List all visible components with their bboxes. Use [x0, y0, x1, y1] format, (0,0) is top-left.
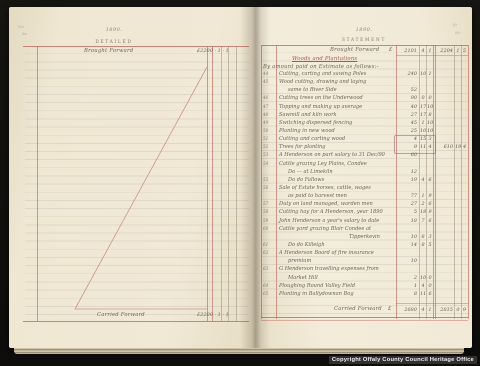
right-bottom-rule-2 [261, 320, 468, 321]
entry-text: Do do Fallows [288, 177, 324, 183]
ledger-entry: 44Cutting, carting and sawing Poles24010… [254, 71, 472, 79]
entry-number: 58 [263, 209, 275, 214]
entry-number: 44 [263, 71, 275, 76]
entry-text: Cutting, carting and sawing Poles [279, 71, 366, 77]
entry-number: 57 [263, 201, 275, 206]
totals-rule [396, 303, 468, 304]
left-brought-forward-amount: £2200 · 1 · 1 [197, 48, 229, 54]
entry-number: 45 [263, 79, 275, 84]
amount1-pence: 8 [427, 112, 433, 118]
entry-text: Wood cutting, drawing and laying [279, 79, 366, 85]
bf-col1-pence: 1 [427, 48, 433, 54]
cf-col2-pounds: 2815 [435, 307, 453, 313]
amount1-pounds: 5 [396, 209, 417, 215]
page-edge-stack [14, 348, 464, 354]
cf-col1-pence: 1 [427, 307, 433, 313]
ledger-entry: 61Do do Killeigh1485 [254, 242, 472, 250]
cf-col2-shillings: 0 [455, 307, 461, 313]
entry-text: Cutting and carting wood [279, 136, 345, 142]
entry-text: Cattle yard grazing Blair Condee at [279, 226, 371, 232]
amount1-pounds: 25 [396, 128, 417, 134]
amount1-pounds: 14 [396, 242, 417, 248]
watermark: Copyright Offaly County Council Heritage… [329, 356, 477, 364]
amount1-pounds: 8 [396, 291, 417, 297]
cf-col1-pounds: 2680 [397, 307, 417, 313]
section-heading: Woods and Plantations [292, 56, 357, 62]
void-triangle-mark [9, 7, 254, 348]
entry-number: 47 [263, 104, 275, 109]
bf-col2-pounds: 2204 [435, 48, 453, 54]
ledger-entry: 56Sale of Estate horses, cattle, wages [254, 185, 472, 193]
ledger-entry: 46Cutting trees on the Underwood9000 [254, 95, 472, 103]
entry-text: Trees for planting [279, 144, 326, 150]
cf-col2-pence: 9 [462, 307, 467, 313]
amount1-pounds: 40 [396, 104, 417, 110]
bf-col2-pence: 5 [462, 48, 467, 54]
ledger-entry: 48Sawmill and kiln work27178 [254, 112, 472, 120]
amount1-pounds: 19 [396, 177, 417, 183]
cf-col1-shillings: 4 [420, 307, 426, 313]
left-page-detailed: No 8a 1890. DETAILED Brought Forward £22… [9, 7, 254, 348]
entry-number: 60 [263, 226, 275, 231]
amount1-shillings: 7 [420, 218, 426, 224]
left-brought-forward-label: Brought Forward [84, 48, 133, 54]
ledger-entry: as paid to harvest men7719 [254, 193, 472, 201]
right-page-statement: fo 80 1890. STATEMENT Brought Forward £ … [254, 7, 472, 348]
bf-label: Brought Forward [330, 47, 379, 53]
ledger-entry: 51Cutting and carting wood4153 [254, 136, 472, 144]
ledger-entry: 58Cutting hay for A Henderson, year 1890… [254, 209, 472, 217]
ledger-entry: 64Ploughing Round Valley Field140 [254, 283, 472, 291]
amount1-pounds: 90 [396, 95, 417, 101]
ledger-entry: 57Duty on land managed, warden men2726 [254, 201, 472, 209]
entry-text: Do do Killeigh [288, 242, 325, 248]
intro-line: By amount paid on Estimate as follows:- [263, 64, 379, 70]
left-carried-forward-label: Carried Forward [97, 312, 145, 318]
entry-number: 63 [263, 266, 275, 271]
amount1-shillings: 4 [420, 177, 426, 183]
ledger-entry: Do — at Limekiln12 [254, 169, 472, 177]
amount1-shillings: 11 [420, 291, 426, 297]
amount1-pence: 6 [427, 177, 433, 183]
amount1-shillings: 10 [420, 128, 426, 134]
amount1-pence: 1 [427, 71, 433, 77]
ledger-entry: 65Planting in Ballydownan Bog8116 [254, 291, 472, 299]
amount1-pounds: 1 [396, 283, 417, 289]
amount1-pence: 9 [427, 209, 433, 215]
bf-col2-shillings: 1 [455, 48, 461, 54]
left-carried-forward-amount: £2200 · 1 · 1 [197, 312, 229, 318]
amount1-shillings: 10 [420, 275, 426, 281]
amount1-shillings: 18 [420, 209, 426, 215]
entry-text: Switching dispersed fencing [279, 120, 352, 126]
ledger-entry: 59John Henderson a year's salary to date… [254, 218, 472, 226]
entry-number: 56 [263, 185, 275, 190]
entry-text: Planting in Ballydownan Bog [279, 291, 354, 297]
entry-number: 55 [263, 177, 275, 182]
amount1-shillings: 8 [420, 234, 426, 240]
entry-number: 64 [263, 283, 275, 288]
amount1-pence: 9 [427, 193, 433, 199]
amount1-pence: 10 [427, 120, 433, 126]
ledger-entry: 49Switching dispersed fencing45110 [254, 120, 472, 128]
amount1-shillings: 1 [420, 120, 426, 126]
entry-number: 50 [263, 128, 275, 133]
entries: 44Cutting, carting and sawing Poles24010… [254, 71, 472, 299]
amount2-pounds: 610 [434, 144, 453, 150]
entry-text: Duty on land managed, warden men [279, 201, 373, 207]
right-bottom-rule [261, 317, 468, 318]
amount1-pence: 0 [427, 275, 433, 281]
entry-number: 61 [263, 242, 275, 247]
amount1-pence: 6 [427, 201, 433, 207]
entry-number: 54 [263, 161, 275, 166]
entry-text: Cutting trees on the Underwood [279, 95, 363, 101]
amount1-pounds: 45 [396, 120, 417, 126]
entry-text: Topping and making up average [279, 104, 362, 110]
entry-text: Sawmill and kiln work [279, 112, 337, 118]
entry-text: as paid to harvest men [288, 193, 347, 199]
ledger-entry: 62A Henderson Board of fire insurance [254, 250, 472, 258]
entry-text: A Henderson Board of fire insurance [279, 250, 374, 256]
ledger-entry: 60Cattle yard grazing Blair Condee at [254, 226, 472, 234]
amount1-shillings: 17 [420, 104, 426, 110]
amount1-pounds: 10 [396, 258, 417, 264]
amount1-shillings: 2 [420, 201, 426, 207]
amount1-shillings: 17 [420, 112, 426, 118]
entry-number: 49 [263, 120, 275, 125]
amount1-pence: 10 [427, 128, 433, 134]
entry-text: G Henderson travelling expenses from [279, 266, 379, 272]
scanned-ledger-photo: No 8a 1890. DETAILED Brought Forward £22… [0, 0, 480, 366]
amount1-pounds: 10 [396, 234, 417, 240]
ledger-entry: 47Topping and making up average401710 [254, 104, 472, 112]
amount1-pence: 0 [427, 283, 433, 289]
amount1-shillings: 0 [420, 95, 426, 101]
amount1-pounds: 27 [396, 201, 417, 207]
entry-text: Planting in new wood [279, 128, 335, 134]
bf-underline-rule [396, 55, 468, 56]
amount1-pounds: 18 [396, 218, 417, 224]
entry-text: premium [288, 258, 311, 264]
cf-label: Carried Forward [334, 306, 382, 312]
entry-text: Sale of Estate horses, cattle, wages [279, 185, 371, 191]
entry-number: 52 [263, 144, 275, 149]
amount2-pence: 4 [462, 144, 467, 150]
bf-col1-pounds: 2101 [397, 48, 417, 54]
entry-number: 48 [263, 112, 275, 117]
cf-currency: £ [388, 306, 392, 312]
entry-text: A Henderson on part salary to 31 Dec/90 [279, 152, 385, 158]
bf-col1-shillings: 4 [420, 48, 426, 54]
entry-text: Cattle grazing Ley Plains, Condee [279, 161, 367, 167]
ledger-entry: 54Cattle grazing Ley Plains, Condee [254, 161, 472, 169]
entry-text: Do — at Limekiln [288, 169, 333, 175]
ledger-entry: Tipperkevin1083 [254, 234, 472, 242]
right-top-rule [261, 45, 468, 46]
right-page-year: 1890. [264, 27, 464, 33]
amount1-pounds: 77 [396, 193, 417, 199]
amount1-pence: 0 [427, 95, 433, 101]
ledger-entry: 55Do do Fallows1946 [254, 177, 472, 185]
ledger-entry: 53A Henderson on part salary to 31 Dec/9… [254, 152, 472, 160]
sum-brace [394, 135, 436, 154]
amount1-shillings: 1 [420, 193, 426, 199]
ledger-entry: 50Planting in new wood251010 [254, 128, 472, 136]
amount1-pence: 6 [427, 218, 433, 224]
amount1-pounds: 52 [396, 87, 417, 93]
amount1-shillings: 4 [420, 283, 426, 289]
bf-currency: £ [389, 47, 393, 53]
ledger-entry: premium10 [254, 258, 472, 266]
entry-text: Cutting hay for A Henderson, year 1890 [279, 209, 383, 215]
ledger-entry: same to River Side52 [254, 87, 472, 95]
amount1-pounds: 2 [396, 275, 417, 281]
entry-text: same to River Side [288, 87, 337, 93]
amount1-pence: 3 [427, 234, 433, 240]
entry-number: 46 [263, 95, 275, 100]
ledger-book: No 8a 1890. DETAILED Brought Forward £22… [9, 7, 472, 348]
ledger-entry: 52Trees for planting9114610194 [254, 144, 472, 152]
amount1-pence: 10 [427, 104, 433, 110]
ledger-entry: Market Hill2100 [254, 275, 472, 283]
ledger-entry: 45Wood cutting, drawing and laying [254, 79, 472, 87]
entry-text: Ploughing Round Valley Field [279, 283, 355, 289]
entry-text: John Henderson a year's salary to date [279, 218, 379, 224]
amount1-shillings: 10 [420, 71, 426, 77]
ledger-entry: 63G Henderson travelling expenses from [254, 266, 472, 274]
amount1-shillings: 8 [420, 242, 426, 248]
entry-text: Market Hill [288, 275, 318, 281]
amount2-shillings: 19 [455, 144, 461, 150]
entry-number: 59 [263, 218, 275, 223]
amount1-pounds: 27 [396, 112, 417, 118]
entry-number: 51 [263, 136, 275, 141]
amount1-pounds: 12 [396, 169, 417, 175]
amount1-pounds: 240 [396, 71, 417, 77]
entry-number: 65 [263, 291, 275, 296]
entry-text: Tipperkevin [349, 234, 380, 240]
amount1-pence: 6 [427, 291, 433, 297]
entry-number: 62 [263, 250, 275, 255]
right-page-heading: STATEMENT [264, 37, 464, 42]
amount1-pence: 5 [427, 242, 433, 248]
entry-number: 53 [263, 152, 275, 157]
